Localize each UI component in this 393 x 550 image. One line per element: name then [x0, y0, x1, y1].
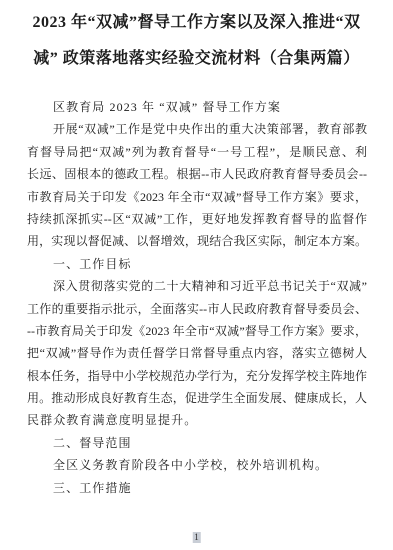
text-line: 用。推动形成良好教育生态，促进学生全面发展、健康成长，人 [27, 387, 367, 409]
text-line: 育督导局把“双减”列为教育督导“一号工程”，是顺民意、利 [27, 141, 367, 163]
document-title: 2023 年“双减”督导工作方案以及深入推进“双 减” 政策落地落实经验交流材料… [0, 5, 393, 77]
document-page: 2023 年“双减”督导工作方案以及深入推进“双 减” 政策落地落实经验交流材料… [0, 0, 393, 550]
heading-line: 一、工作目标 [27, 253, 367, 275]
document-title-line-1: 2023 年“双减”督导工作方案以及深入推进“双 [0, 5, 393, 41]
text-line: 根本任务，指导中小学校规范办学行为，充分发挥学校主阵地作 [27, 365, 367, 387]
text-line: 用，实现以督促减、以督增效，现结合我区实际，制定本方案。 [27, 230, 367, 252]
text-line: 深入贯彻落实党的二十大精神和习近平总书记关于“双减” [27, 275, 367, 297]
text-line: --市教育局关于印发《2023 年全市“双减”督导工作方案》要求， [27, 320, 367, 342]
page-number: 1 [192, 532, 201, 543]
document-title-line-2: 减” 政策落地落实经验交流材料（合集两篇） [0, 41, 393, 77]
text-line: 开展“双减”工作是党中央作出的重大决策部署，教育部教 [27, 118, 367, 140]
text-line: 市教育局关于印发《2023 年全市“双减”督导工作方案》要求， [27, 186, 367, 208]
text-line: 区教育局 2023 年 “双减” 督导工作方案 [27, 96, 367, 118]
text-line: 长远、固根本的德政工程。根据--市人民政府教育督导委员会-- [27, 163, 367, 185]
text-line: 把“双减”督导作为责任督学日常督导重点内容，落实立德树人 [27, 342, 367, 364]
text-line: 全区义务教育阶段各中小学校，校外培训机构。 [27, 454, 367, 476]
text-line: 民群众教育满意度明显提升。 [27, 409, 367, 431]
document-body: 区教育局 2023 年 “双减” 督导工作方案开展“双减”工作是党中央作出的重大… [27, 96, 367, 499]
heading-line: 二、督导范围 [27, 432, 367, 454]
text-line: 工作的重要指示批示，全面落实--市人民政府教育督导委员会、 [27, 298, 367, 320]
text-line: 持续抓深抓实--区“双减”工作，更好地发挥教育督导的监督作 [27, 208, 367, 230]
heading-line: 三、工作措施 [27, 477, 367, 499]
